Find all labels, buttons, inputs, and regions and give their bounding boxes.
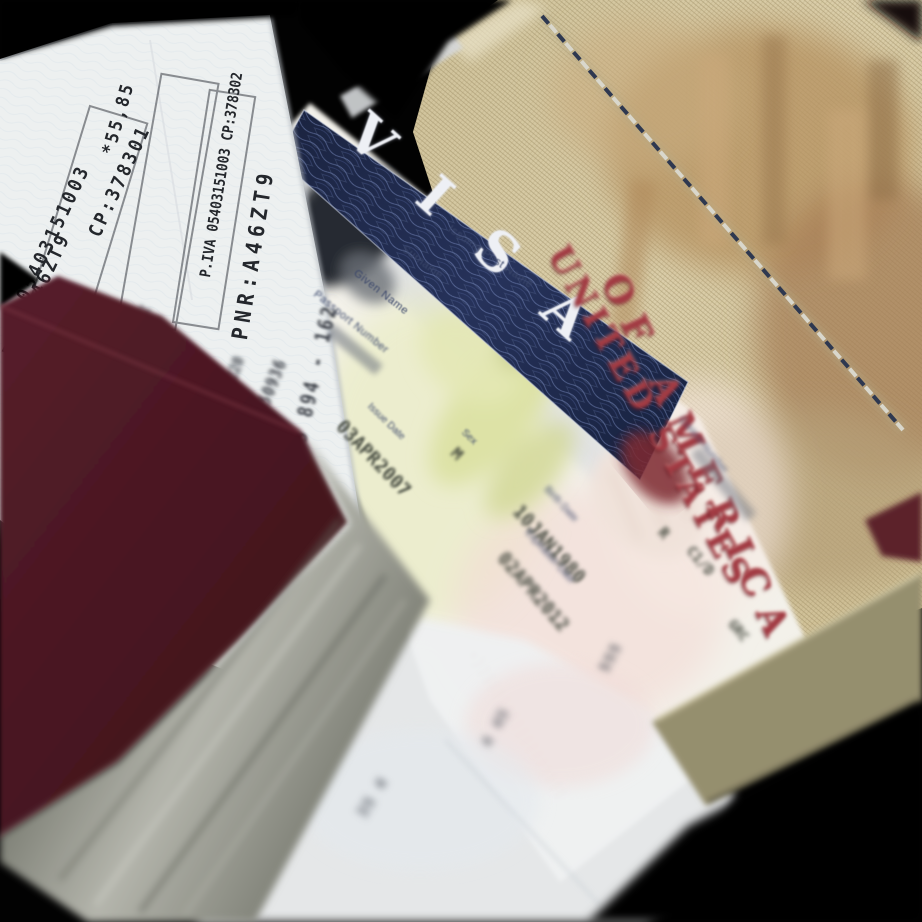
photo-passport-visa-tickets: VISA UNITED STATES OF AMERICA Issuing Po… [0, 0, 922, 922]
scene-base [0, 0, 922, 922]
